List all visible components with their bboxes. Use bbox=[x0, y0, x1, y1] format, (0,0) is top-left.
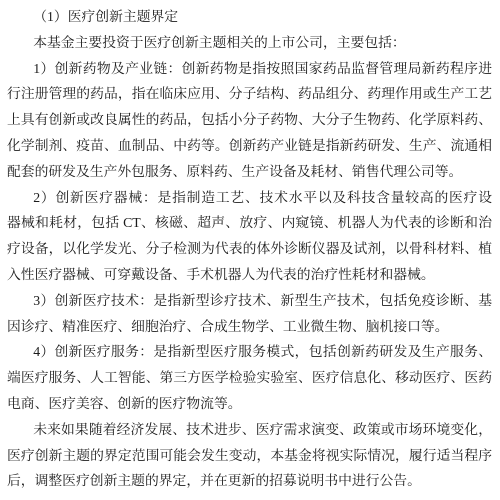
paragraph-item-3-innovative-technology: 3）创新医疗技术：是指新型诊疗技术、新型生产技术，包括免疫诊断、基因诊疗、精准医… bbox=[7, 288, 492, 340]
text-line: 疗设备，以化学发光、分子检测为代表的体外诊断仪器及试剂，以骨科材料、植 bbox=[7, 236, 492, 262]
text-line: 本基金主要投资于医疗创新主题相关的上市公司，主要包括： bbox=[7, 30, 492, 56]
document-page: （1）医疗创新主题界定本基金主要投资于医疗创新主题相关的上市公司，主要包括：1）… bbox=[0, 0, 500, 500]
text-line: 后，调整医疗创新主题的界定，并在更新的招募说明书中进行公告。 bbox=[7, 468, 492, 494]
text-line: 器械和耗材，包括 CT、核磁、超声、放疗、内窥镜、机器人为代表的诊断和治 bbox=[7, 210, 492, 236]
paragraph-item-4-innovative-services: 4）创新医疗服务：是指新型医疗服务模式，包括创新药研发及生产服务、高端医疗服务、… bbox=[7, 339, 492, 416]
text-line: 2）创新医疗器械：是指制造工艺、技术水平以及科技含量较高的医疗设备、 bbox=[7, 185, 492, 211]
document-content: （1）医疗创新主题界定本基金主要投资于医疗创新主题相关的上市公司，主要包括：1）… bbox=[7, 4, 492, 494]
paragraph-item-2-innovative-devices: 2）创新医疗器械：是指制造工艺、技术水平以及科技含量较高的医疗设备、器械和耗材，… bbox=[7, 185, 492, 288]
paragraph-section-heading: （1）医疗创新主题界定 bbox=[7, 4, 492, 30]
text-line: 电商、医疗美容、创新的医疗物流等。 bbox=[7, 391, 492, 417]
text-line: 行注册管理的药品，指在临床应用、分子结构、药品组分、药理作用或生产工艺 bbox=[7, 81, 492, 107]
paragraph-item-1-innovative-drugs: 1）创新药物及产业链：创新药物是指按照国家药品监督管理局新药程序进行注册管理的药… bbox=[7, 56, 492, 185]
text-line: 医疗创新主题的界定范围可能会发生变动，本基金将视实际情况，履行适当程序 bbox=[7, 443, 492, 469]
text-line: 未来如果随着经济发展、技术进步、医疗需求演变、政策或市场环境变化， bbox=[7, 417, 492, 443]
text-line: 化学制剂、疫苗、血制品、中药等。创新药产业链是指新药研发、生产、流通相 bbox=[7, 133, 492, 159]
paragraph-closing-note: 未来如果随着经济发展、技术进步、医疗需求演变、政策或市场环境变化，医疗创新主题的… bbox=[7, 417, 492, 494]
text-line: 上具有创新或改良属性的药品，包括小分子药物、大分子生物药、化学原料药、 bbox=[7, 107, 492, 133]
text-line: （1）医疗创新主题界定 bbox=[7, 4, 492, 30]
text-line: 配套的研发及生产外包服务、原料药、生产设备及耗材、销售代理公司等。 bbox=[7, 159, 492, 185]
paragraph-intro: 本基金主要投资于医疗创新主题相关的上市公司，主要包括： bbox=[7, 30, 492, 56]
text-line: 3）创新医疗技术：是指新型诊疗技术、新型生产技术，包括免疫诊断、基 bbox=[7, 288, 492, 314]
text-line: 端医疗服务、人工智能、第三方医学检验实验室、医疗信息化、移动医疗、医药 bbox=[7, 365, 492, 391]
text-line: 因诊疗、精准医疗、细胞治疗、合成生物学、工业微生物、脑机接口等。 bbox=[7, 314, 492, 340]
text-line: 入性医疗器械、可穿戴设备、手术机器人为代表的治疗性耗材和器械。 bbox=[7, 262, 492, 288]
text-line: 4）创新医疗服务：是指新型医疗服务模式，包括创新药研发及生产服务、高 bbox=[7, 339, 492, 365]
text-line: 1）创新药物及产业链：创新药物是指按照国家药品监督管理局新药程序进 bbox=[7, 56, 492, 82]
